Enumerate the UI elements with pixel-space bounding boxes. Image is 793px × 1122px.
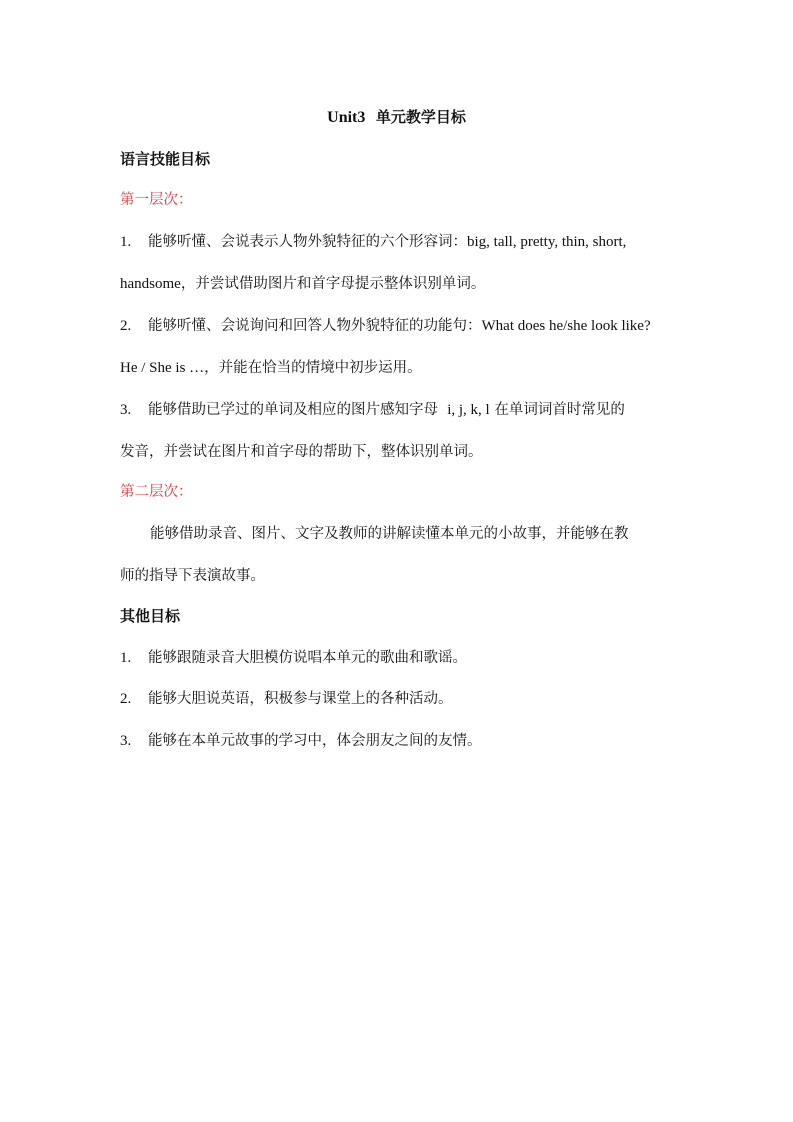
title-unit: Unit3	[327, 109, 365, 126]
page-title: Unit3 单元教学目标	[0, 106, 793, 129]
title-text: 单元教学目标	[376, 108, 466, 126]
level-two-paragraph-line-1: 能够借助录音、图片、文字及教师的讲解读懂本单元的小故事，并能够在教	[150, 524, 629, 544]
item-text-en: He / She is …	[120, 360, 204, 376]
list-item-3-line-1: 3.能够借助已学过的单词及相应的图片感知字母 i, j, k, l 在单词词首时…	[120, 400, 625, 420]
list-number: 3.	[120, 400, 148, 420]
item-text-en: i, j, k, l	[447, 402, 490, 418]
level-two-paragraph-line-2: 师的指导下表演故事。	[120, 566, 265, 586]
item-text-en: handsome	[120, 276, 181, 292]
list-number: 3.	[120, 731, 148, 751]
item-text-cn: 能够听懂、会说询问和回答人物外貌特征的功能句：	[148, 318, 482, 334]
list-number: 2.	[120, 689, 148, 709]
item-text: 能够在本单元故事的学习中，体会朋友之间的友情。	[148, 733, 482, 749]
item-text-en: big, tall, pretty, thin, short,	[467, 234, 626, 250]
list-number: 2.	[120, 316, 148, 336]
level-two-label: 第二层次：	[120, 482, 193, 502]
other-goal-item-1: 1.能够跟随录音大胆模仿说唱本单元的歌曲和歌谣。	[120, 648, 467, 668]
section-heading-other-goals: 其他目标	[120, 606, 180, 626]
section-heading-language-skills: 语言技能目标	[120, 149, 210, 169]
list-number: 1.	[120, 232, 148, 252]
item-text: 能够大胆说英语，积极参与课堂上的各种活动。	[148, 691, 453, 707]
list-item-1-line-1: 1.能够听懂、会说表示人物外貌特征的六个形容词：big, tall, prett…	[120, 232, 626, 252]
item-text-cn: 发音，并尝试在图片和首字母的帮助下，整体识别单词。	[120, 444, 483, 460]
other-goal-item-3: 3.能够在本单元故事的学习中，体会朋友之间的友情。	[120, 731, 482, 751]
list-item-1-line-2: handsome，并尝试借助图片和首字母提示整体识别单词。	[120, 274, 485, 294]
item-text-cn: ，并能在恰当的情境中初步运用。	[204, 360, 422, 376]
item-text-en: What does he/she look like?	[482, 318, 651, 334]
list-number: 1.	[120, 648, 148, 668]
item-text-cn: ，并尝试借助图片和首字母提示整体识别单词。	[181, 276, 486, 292]
list-item-2-line-1: 2.能够听懂、会说询问和回答人物外貌特征的功能句：What does he/sh…	[120, 316, 651, 336]
list-item-3-line-2: 发音，并尝试在图片和首字母的帮助下，整体识别单词。	[120, 442, 483, 462]
document-page: Unit3 单元教学目标 语言技能目标 第一层次： 1.能够听懂、会说表示人物外…	[0, 0, 793, 1122]
item-text-cn-tail: 在单词词首时常见的	[494, 402, 625, 418]
item-text: 能够跟随录音大胆模仿说唱本单元的歌曲和歌谣。	[148, 650, 467, 666]
other-goal-item-2: 2.能够大胆说英语，积极参与课堂上的各种活动。	[120, 689, 453, 709]
item-text-cn: 能够借助已学过的单词及相应的图片感知字母	[148, 402, 438, 418]
list-item-2-line-2: He / She is …，并能在恰当的情境中初步运用。	[120, 358, 422, 378]
level-one-label: 第一层次：	[120, 190, 193, 210]
item-text-cn: 能够听懂、会说表示人物外貌特征的六个形容词：	[148, 234, 467, 250]
